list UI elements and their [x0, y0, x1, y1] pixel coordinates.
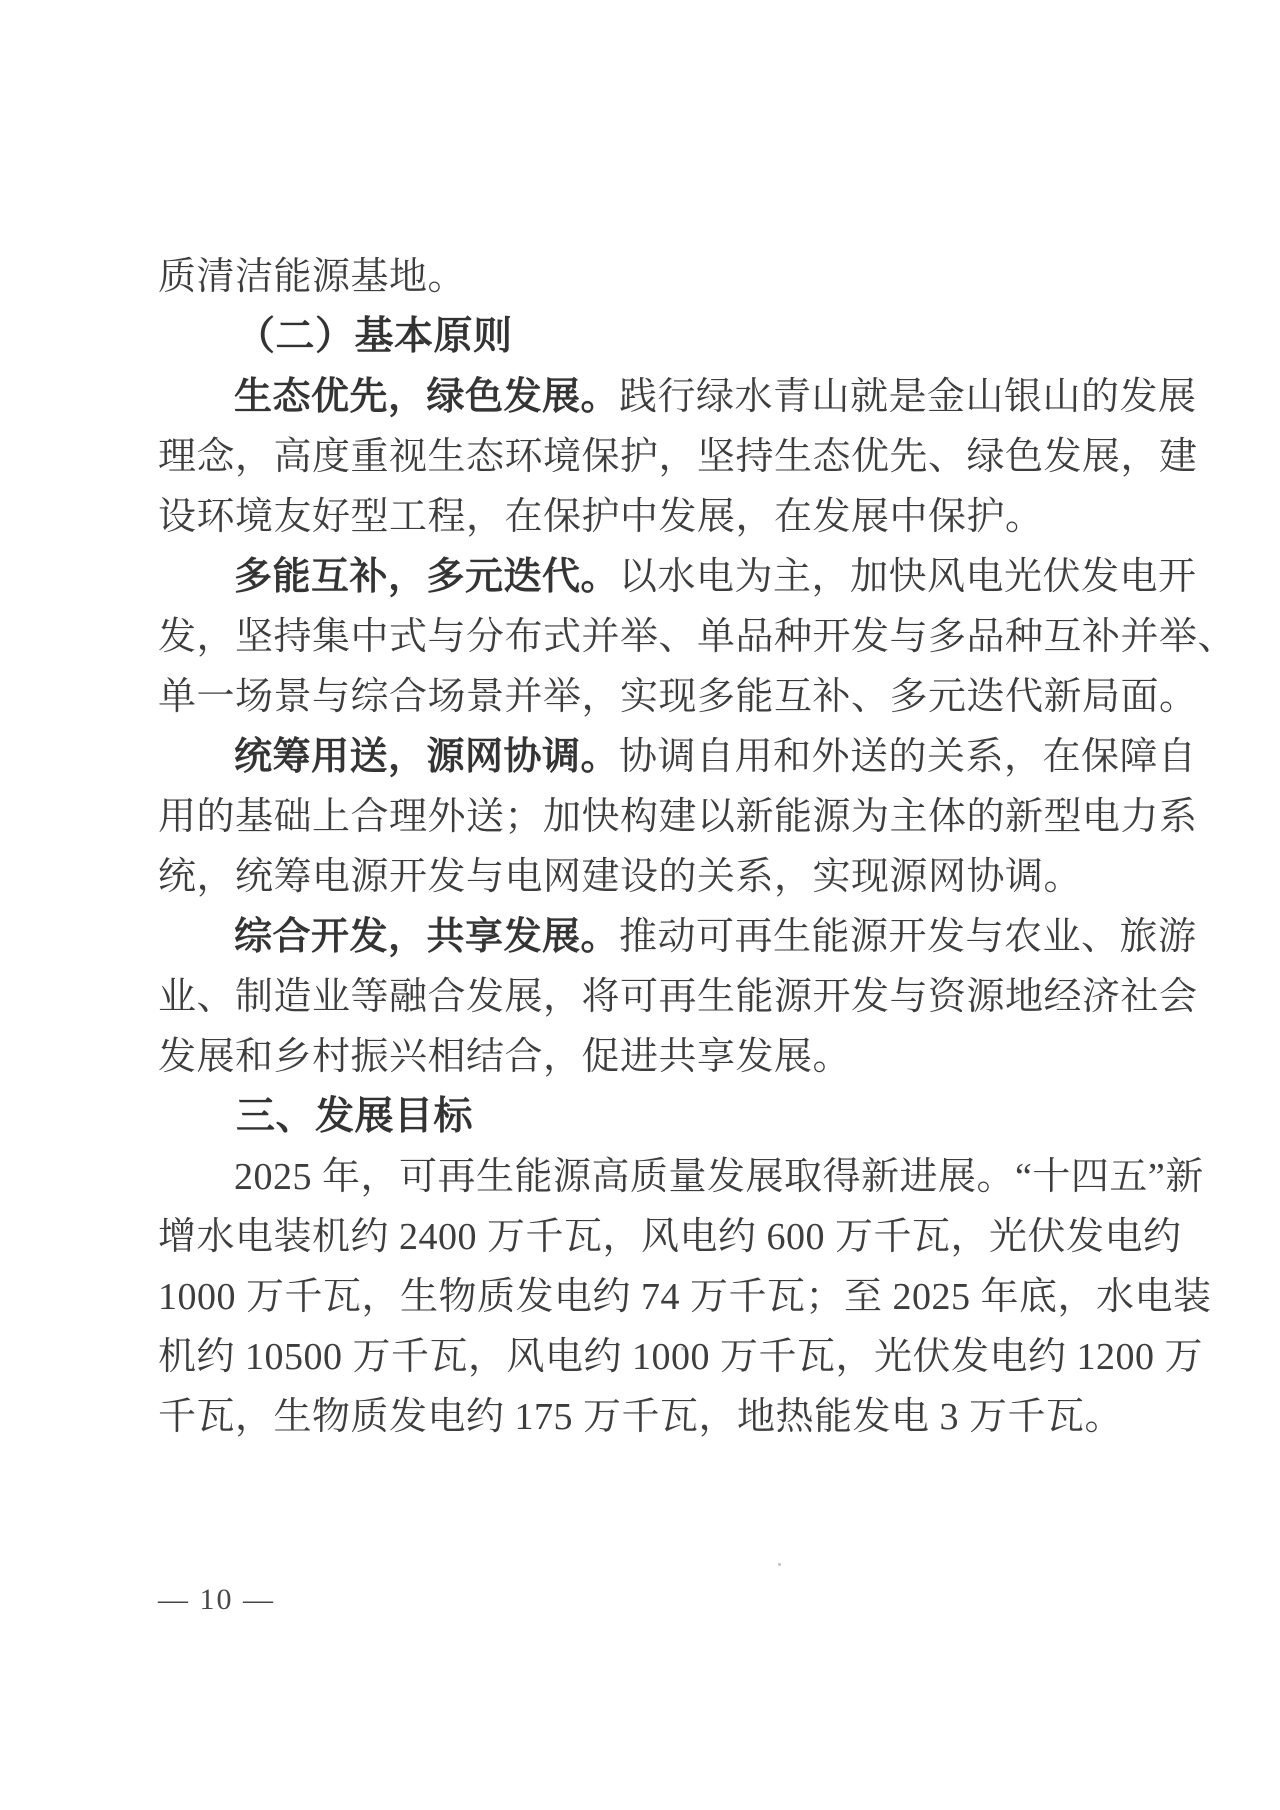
line-text: 理念，高度重视生态环境保护，坚持生态优先、绿色发展，建	[158, 436, 1198, 478]
text-line: 生态优先，绿色发展。践行绿水青山就是金山银山的发展	[158, 367, 1103, 427]
lead-phrase-shared-development: 综合开发，共享发展。	[234, 916, 619, 958]
heading-text: 三、发展目标	[236, 1095, 473, 1138]
line-text: 业、制造业等融合发展，将可再生能源开发与资源地经济社会	[158, 976, 1198, 1018]
line-text: 发展和乡村振兴相结合，促进共享发展。	[158, 1036, 851, 1078]
line-text: 增水电装机约 2400 万千瓦，风电约 600 万千瓦，光伏发电约	[158, 1216, 1182, 1258]
line-text: 用的基础上合理外送；加快构建以新能源为主体的新型电力系	[158, 796, 1198, 838]
text-line: 千瓦，生物质发电约 175 万千瓦，地热能发电 3 万千瓦。	[158, 1387, 1103, 1447]
line-text: 推动可再生能源开发与农业、旅游	[619, 916, 1197, 958]
text-line: 理念，高度重视生态环境保护，坚持生态优先、绿色发展，建	[158, 427, 1103, 487]
lead-phrase-multi-energy: 多能互补，多元迭代。	[234, 556, 619, 598]
document-body: 质清洁能源基地。 （二）基本原则 生态优先，绿色发展。践行绿水青山就是金山银山的…	[158, 247, 1103, 1447]
line-text: 设环境友好型工程，在保护中发展，在发展中保护。	[158, 496, 1044, 538]
line-text: 践行绿水青山就是金山银山的发展	[619, 376, 1197, 418]
text-line: 多能互补，多元迭代。以水电为主，加快风电光伏发电开	[158, 547, 1103, 607]
line-text: 千瓦，生物质发电约 175 万千瓦，地热能发电 3 万千瓦。	[158, 1396, 1123, 1438]
line-text: 发，坚持集中式与分布式并举、单品种开发与多品种互补并举、	[158, 616, 1236, 658]
text-line: 发，坚持集中式与分布式并举、单品种开发与多品种互补并举、	[158, 607, 1103, 667]
text-line: 统，统筹电源开发与电网建设的关系，实现源网协调。	[158, 847, 1103, 907]
line-text: 1000 万千瓦，生物质发电约 74 万千瓦；至 2025 年底，水电装	[158, 1276, 1212, 1318]
lead-phrase-grid-coordination: 统筹用送，源网协调。	[234, 736, 619, 778]
line-text: 2025 年，可再生能源高质量发展取得新进展。“十四五”新	[234, 1156, 1204, 1198]
text-line: 机约 10500 万千瓦，风电约 1000 万千瓦，光伏发电约 1200 万	[158, 1327, 1103, 1387]
text-line: 2025 年，可再生能源高质量发展取得新进展。“十四五”新	[158, 1147, 1103, 1207]
text-line: 发展和乡村振兴相结合，促进共享发展。	[158, 1027, 1103, 1087]
text-line: 设环境友好型工程，在保护中发展，在发展中保护。	[158, 487, 1103, 547]
subsection-heading-basic-principles: （二）基本原则	[158, 307, 1103, 367]
text-line: 1000 万千瓦，生物质发电约 74 万千瓦；至 2025 年底，水电装	[158, 1267, 1103, 1327]
scan-speck	[778, 1563, 781, 1566]
text-line: 综合开发，共享发展。推动可再生能源开发与农业、旅游	[158, 907, 1103, 967]
heading-text: （二）基本原则	[236, 315, 513, 358]
line-text: 以水电为主，加快风电光伏发电开	[619, 556, 1197, 598]
text-line: 单一场景与综合场景并举，实现多能互补、多元迭代新局面。	[158, 667, 1103, 727]
document-page: 质清洁能源基地。 （二）基本原则 生态优先，绿色发展。践行绿水青山就是金山银山的…	[0, 0, 1280, 1810]
line-text: 机约 10500 万千瓦，风电约 1000 万千瓦，光伏发电约 1200 万	[158, 1336, 1203, 1378]
page-number: — 10 —	[158, 1583, 275, 1617]
text-line: 增水电装机约 2400 万千瓦，风电约 600 万千瓦，光伏发电约	[158, 1207, 1103, 1267]
line-text: 协调自用和外送的关系，在保障自	[619, 736, 1197, 778]
text-line: 用的基础上合理外送；加快构建以新能源为主体的新型电力系	[158, 787, 1103, 847]
line-text: 质清洁能源基地。	[158, 256, 466, 298]
line-text: 统，统筹电源开发与电网建设的关系，实现源网协调。	[158, 856, 1082, 898]
text-line: 统筹用送，源网协调。协调自用和外送的关系，在保障自	[158, 727, 1103, 787]
scan-speck	[681, 1347, 685, 1350]
line-text: 单一场景与综合场景并举，实现多能互补、多元迭代新局面。	[158, 676, 1198, 718]
section-heading-development-goals: 三、发展目标	[158, 1087, 1103, 1147]
lead-phrase-ecology-first: 生态优先，绿色发展。	[234, 376, 619, 418]
text-line: 质清洁能源基地。	[158, 247, 1103, 307]
text-line: 业、制造业等融合发展，将可再生能源开发与资源地经济社会	[158, 967, 1103, 1027]
